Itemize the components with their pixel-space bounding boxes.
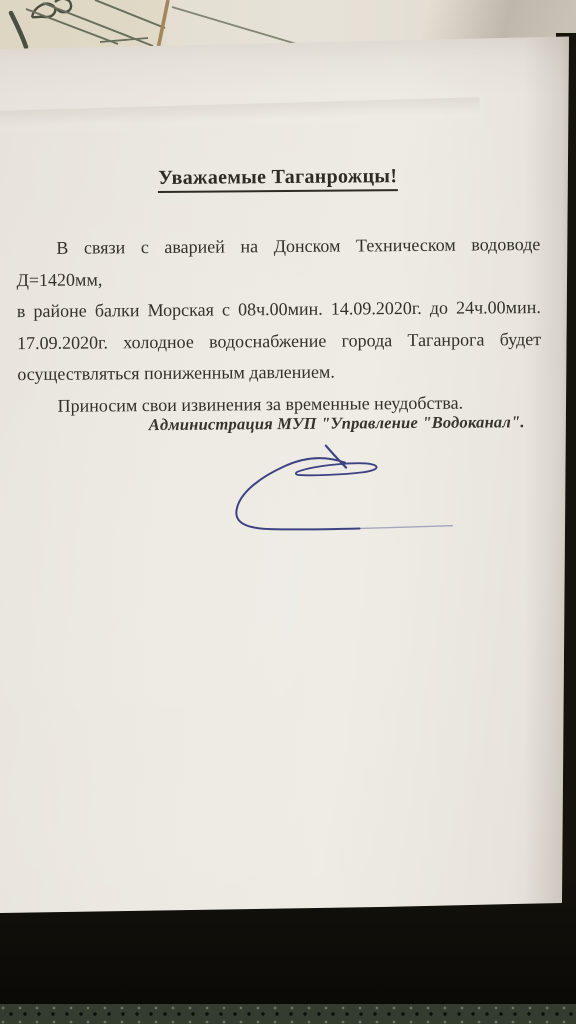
signature-stroke	[236, 458, 360, 530]
signoff-line: Администрация МУП "Управление "Водоканал…	[149, 412, 525, 435]
body-line: В связи с аварией на Донском Техническом…	[16, 229, 540, 296]
pen-line	[172, 7, 300, 45]
notice-body: В связи с аварией на Донском Техническом…	[16, 229, 541, 422]
body-line: в районе балки Морская с 08ч.00мин. 14.0…	[17, 292, 541, 328]
wood-edge-line	[158, 0, 168, 49]
signature-loop-stroke	[296, 463, 377, 475]
notice-content: Уважаемые Таганрожцы! В связи с аварией …	[0, 0, 576, 1024]
pen-line	[95, 0, 165, 28]
notice-title: Уважаемые Таганрожцы!	[16, 164, 540, 194]
notice-paper: Уважаемые Таганрожцы! В связи с аварией …	[0, 0, 576, 1024]
handwritten-signature-icon	[210, 437, 467, 539]
signature-tail-stroke	[360, 526, 453, 529]
body-line: осуществляться пониженным давлением.	[17, 355, 541, 391]
speckled-floor	[0, 1004, 576, 1024]
body-line: 17.09.2020г. холодное водоснабжение горо…	[17, 324, 541, 360]
photo-of-notice: Уважаемые Таганрожцы! В связи с аварией …	[0, 0, 576, 1024]
pen-stroke	[11, 13, 26, 47]
notice-title-text: Уважаемые Таганрожцы!	[158, 165, 397, 193]
